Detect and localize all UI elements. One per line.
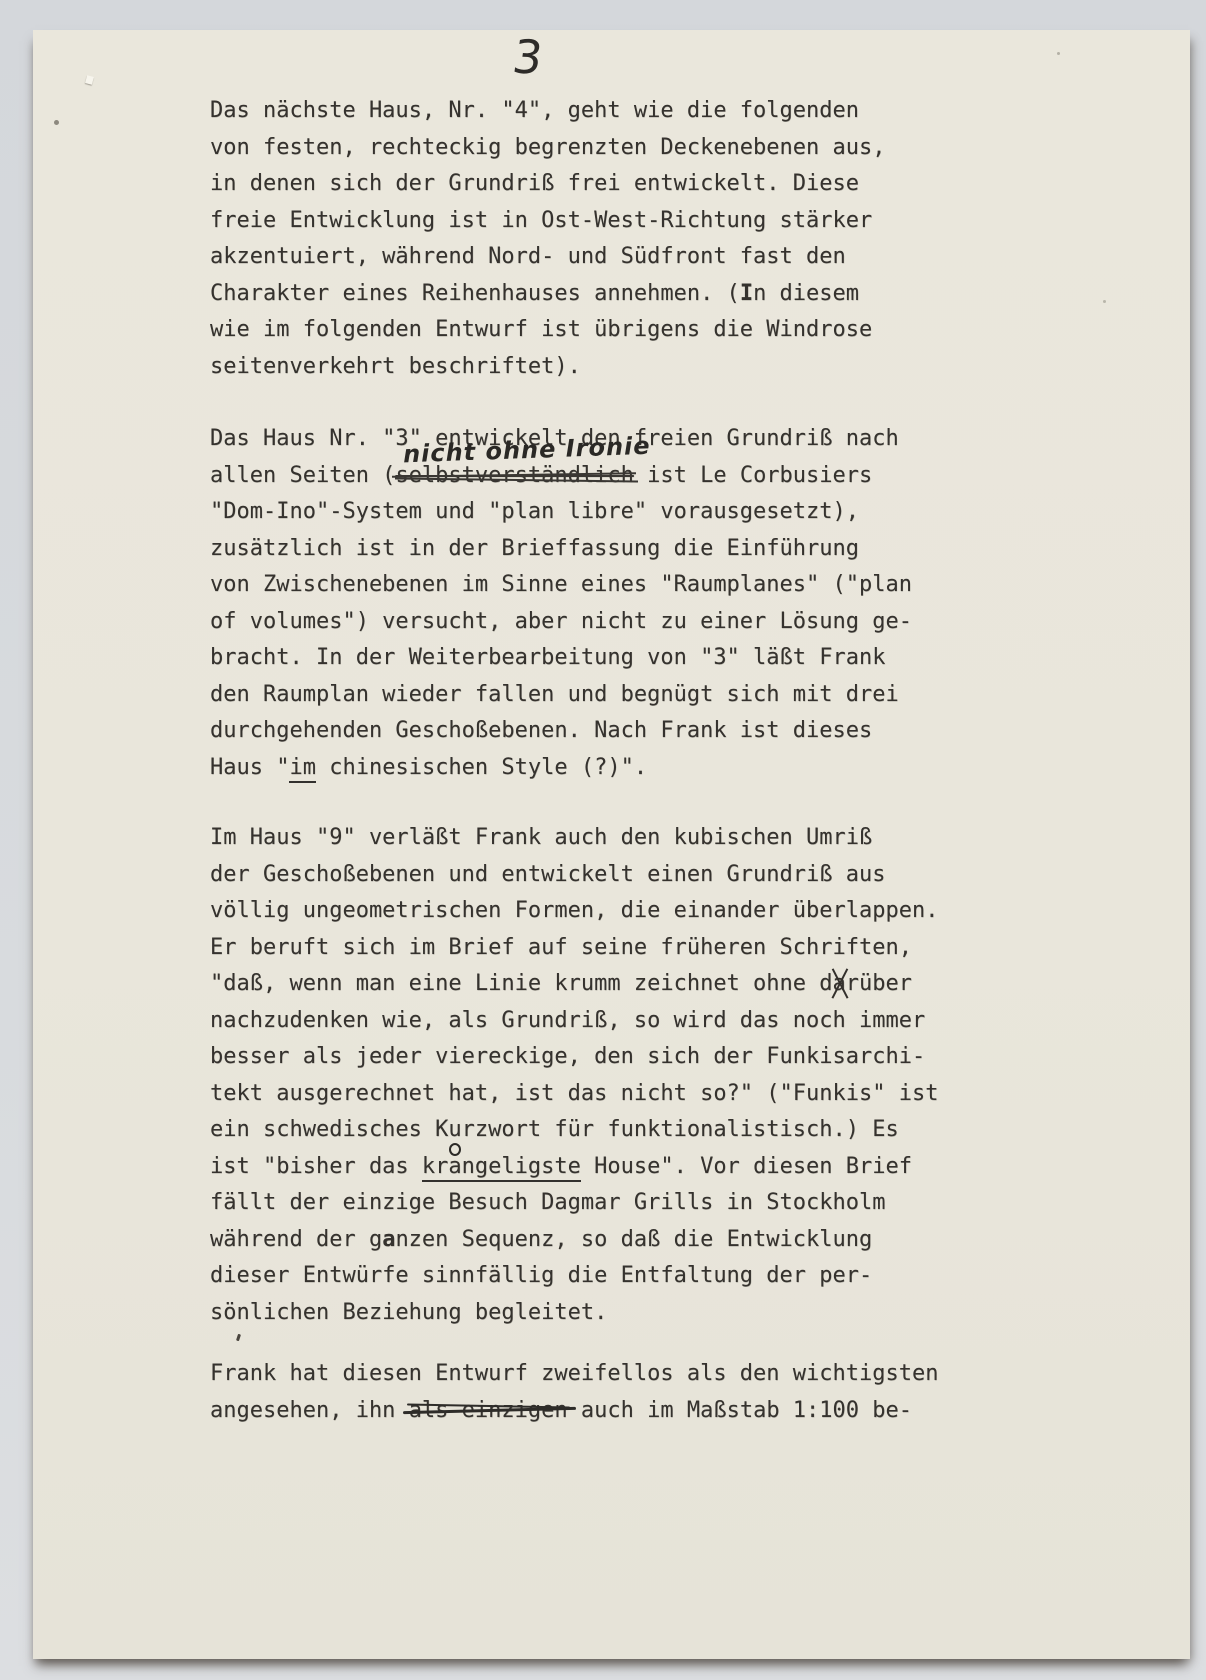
text-segment: allen Seiten (: [210, 463, 395, 488]
text-segment-u: ngeligste: [462, 1154, 581, 1182]
text-segment: seitenverkehrt beschriftet).: [210, 354, 581, 379]
paragraph-haus-9: Im Haus "9" verläßt Frank auch den kubis…: [210, 820, 938, 1331]
text-line: ein schwedisches Kurzwort für funktional…: [210, 1112, 938, 1149]
text-segment: fällt der einzige Besuch Dagmar Grills i…: [210, 1190, 886, 1215]
typescript-page: 3 Das nächste Haus, Nr. "4", geht wie di…: [33, 30, 1190, 1659]
text-segment: Das nächste Haus, Nr. "4", geht wie die …: [210, 98, 859, 123]
text-line: angesehen, ihn als einzigen auch im Maßs…: [210, 1393, 938, 1430]
text-segment: freie Entwicklung ist in Ost-West-Richtu…: [210, 208, 872, 233]
text-line: fällt der einzige Besuch Dagmar Grills i…: [210, 1185, 938, 1222]
text-segment-strike-heavy: selbstverständlichnicht ohne Ironie: [395, 463, 633, 488]
text-segment: nachzudenken wie, als Grundriß, so wird …: [210, 1008, 925, 1033]
text-line: "Dom-Ino"-System und "plan libre" voraus…: [210, 494, 912, 531]
text-segment: ein schwedisches Kurzwort für funktional…: [210, 1117, 899, 1142]
text-line: freie Entwicklung ist in Ost-West-Richtu…: [210, 203, 886, 240]
paragraph-haus-4: Das nächste Haus, Nr. "4", geht wie die …: [210, 93, 886, 385]
text-line: tekt ausgerechnet hat, ist das nicht so?…: [210, 1076, 938, 1113]
text-line: Im Haus "9" verläßt Frank auch den kubis…: [210, 820, 938, 857]
text-segment: dieser Entwürfe sinnfällig die Entfaltun…: [210, 1263, 872, 1288]
text-segment: Haus ": [210, 755, 289, 780]
text-line: Das nächste Haus, Nr. "4", geht wie die …: [210, 93, 886, 130]
text-line: Charakter eines Reihenhauses annehmen. (…: [210, 276, 886, 313]
text-segment: Charakter eines Reihenhauses annehmen. (: [210, 281, 740, 306]
text-segment: tekt ausgerechnet hat, ist das nicht so?…: [210, 1081, 938, 1106]
text-segment: "Dom-Ino"-System und "plan libre" voraus…: [210, 499, 859, 524]
text-line: in denen sich der Grundriß frei entwicke…: [210, 166, 886, 203]
text-line: dieser Entwürfe sinnfällig die Entfaltun…: [210, 1258, 938, 1295]
text-line: seitenverkehrt beschriftet).: [210, 349, 886, 386]
text-segment: auch im Maßstab 1:100 be-: [568, 1398, 912, 1423]
typescript-text: Das nächste Haus, Nr. "4", geht wie die …: [33, 30, 1190, 1659]
text-line: nachzudenken wie, als Grundriß, so wird …: [210, 1003, 938, 1040]
text-segment: bracht. In der Weiterbearbeitung von "3"…: [210, 645, 886, 670]
paragraph-haus-3: Das Haus Nr. "3" entwickelt den freien G…: [210, 421, 912, 786]
text-segment: akzentuiert, während Nord- und Südfront …: [210, 244, 846, 269]
text-segment-u: kr: [422, 1154, 449, 1182]
text-segment: während der g: [210, 1227, 382, 1252]
text-line: Er beruft sich im Brief auf seine früher…: [210, 930, 938, 967]
text-line: von Zwischenebenen im Sinne eines "Raump…: [210, 567, 912, 604]
text-line: von festen, rechteckig begrenzten Decken…: [210, 130, 886, 167]
text-segment-u: im: [289, 755, 316, 783]
text-line: ist "bisher das krangeligste House". Vor…: [210, 1149, 938, 1186]
text-line: zusätzlich ist in der Brieffassung die E…: [210, 531, 912, 568]
text-line: während der ganzen Sequenz, so daß die E…: [210, 1222, 938, 1259]
text-segment: wie im folgenden Entwurf ist übrigens di…: [210, 317, 872, 342]
text-segment: von festen, rechteckig begrenzten Decken…: [210, 135, 886, 160]
text-line: "daß, wenn man eine Linie krumm zeichnet…: [210, 966, 938, 1003]
text-line: of volumes") versucht, aber nicht zu ein…: [210, 604, 912, 641]
text-segment-overx: a: [833, 971, 846, 996]
text-segment: Frank hat diesen Entwurf zweifellos als …: [210, 1361, 938, 1386]
text-segment: ist Le Corbusiers: [634, 463, 872, 488]
text-line: wie im folgenden Entwurf ist übrigens di…: [210, 312, 886, 349]
text-segment-ot: I: [740, 281, 753, 306]
text-segment-u: a: [448, 1154, 461, 1182]
text-line: besser als jeder viereckige, den sich de…: [210, 1039, 938, 1076]
text-segment: angesehen, ihn: [210, 1398, 409, 1423]
text-segment: der Geschoßebenen und entwickelt einen G…: [210, 862, 886, 887]
text-line: der Geschoßebenen und entwickelt einen G…: [210, 857, 938, 894]
text-line: völlig ungeometrischen Formen, die einan…: [210, 893, 938, 930]
text-line: bracht. In der Weiterbearbeitung von "3"…: [210, 640, 912, 677]
text-line: allen Seiten (selbstverständlichnicht oh…: [210, 458, 912, 495]
text-segment: von Zwischenebenen im Sinne eines "Raump…: [210, 572, 912, 597]
handwritten-annotation: nicht ohne Ironie: [403, 428, 652, 473]
text-segment: Er beruft sich im Brief auf seine früher…: [210, 935, 912, 960]
text-line: Frank hat diesen Entwurf zweifellos als …: [210, 1356, 938, 1393]
text-segment: besser als jeder viereckige, den sich de…: [210, 1044, 925, 1069]
text-segment-ot: a: [382, 1227, 395, 1252]
text-segment: nzen Sequenz, so daß die Entwicklung: [395, 1227, 872, 1252]
text-segment: rüber: [846, 971, 912, 996]
text-segment: chinesischen Style (?)".: [316, 755, 647, 780]
text-segment-strike-wavy: als einzigen: [409, 1398, 568, 1423]
text-line: durchgehenden Geschoßebenen. Nach Frank …: [210, 713, 912, 750]
text-segment: zusätzlich ist in der Brieffassung die E…: [210, 536, 859, 561]
text-segment: House". Vor diesen Brief: [581, 1154, 912, 1179]
text-segment: of volumes") versucht, aber nicht zu ein…: [210, 609, 912, 634]
text-line: akzentuiert, während Nord- und Südfront …: [210, 239, 886, 276]
paragraph-wichtigster-entwurf: Frank hat diesen Entwurf zweifellos als …: [210, 1356, 938, 1429]
text-segment: "daß, wenn man eine Linie krumm zeichnet…: [210, 971, 833, 996]
text-segment: den Raumplan wieder fallen und begnügt s…: [210, 682, 899, 707]
text-line: Haus "im chinesischen Style (?)".: [210, 750, 912, 787]
text-segment: durchgehenden Geschoßebenen. Nach Frank …: [210, 718, 872, 743]
text-line: sönlichen Beziehung begleitet.: [210, 1295, 938, 1332]
text-segment: ist "bisher das: [210, 1154, 422, 1179]
text-segment: n diesem: [753, 281, 859, 306]
text-segment: Im Haus "9" verläßt Frank auch den kubis…: [210, 825, 872, 850]
text-segment: sönlichen Beziehung begleitet.: [210, 1300, 607, 1325]
text-line: den Raumplan wieder fallen und begnügt s…: [210, 677, 912, 714]
text-segment: in denen sich der Grundriß frei entwicke…: [210, 171, 859, 196]
text-segment: völlig ungeometrischen Formen, die einan…: [210, 898, 938, 923]
